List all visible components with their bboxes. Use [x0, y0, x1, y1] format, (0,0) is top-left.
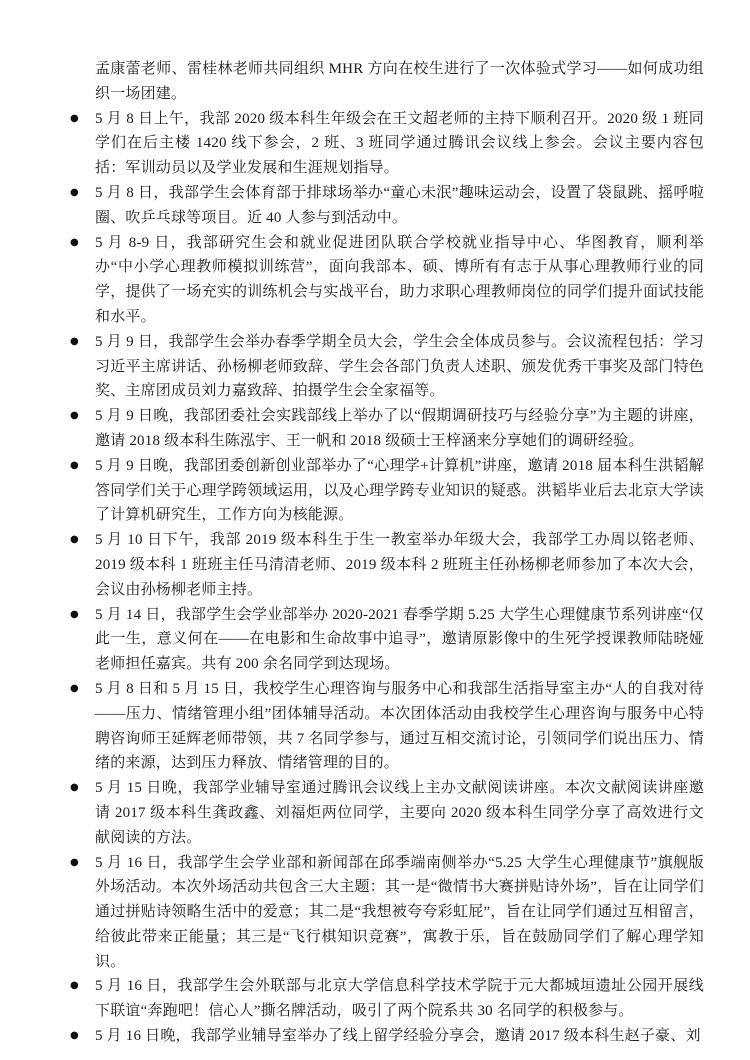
bullet-icon: ●: [70, 1024, 90, 1049]
continuation-paragraph: 孟康蕾老师、雷桂林老师共同组织 MHR 方向在校生进行了一次体验式学习——如何成…: [95, 57, 704, 107]
bullet-icon: ●: [70, 677, 90, 702]
list-item: ● 5 月 8-9 日，我部研究生会和就业促进团队联合学校就业指导中心、华图教育…: [95, 231, 704, 330]
bullet-icon: ●: [70, 851, 90, 876]
list-item-text: 5 月 8 日上午，我部 2020 级本科生年级会在王文超老师的主持下顺利召开。…: [95, 111, 704, 177]
list-item-text: 5 月 9 日晚，我部团委社会实践部线上举办了以“假期调研技巧与经验分享”为主题…: [95, 408, 704, 449]
bullet-icon: ●: [70, 974, 90, 999]
list-item: ● 5 月 9 日晚，我部团委创新创业部举办了“心理学+计算机”讲座，邀请 20…: [95, 454, 704, 528]
list-item: ● 5 月 16 日，我部学生会学业部和新闻部在邱季端南侧举办“5.25 大学生…: [95, 851, 704, 975]
document-content: 孟康蕾老师、雷桂林老师共同组织 MHR 方向在校生进行了一次体验式学习——如何成…: [95, 57, 704, 1049]
list-item-text: 5 月 8 日和 5 月 15 日，我校学生心理咨询与服务中心和我部生活指导室主…: [95, 681, 704, 771]
list-item-text: 5 月 9 日，我部学生会举办春季学期全员大会，学生会全体成员参与。会议流程包括…: [95, 334, 704, 400]
list-item-text: 5 月 8-9 日，我部研究生会和就业促进团队联合学校就业指导中心、华图教育，顺…: [95, 235, 704, 325]
list-item-text: 5 月 16 日晚，我部学业辅导室举办了线上留学经验分享会，邀请 2017 级本…: [95, 1028, 701, 1044]
list-item-text: 5 月 16 日，我部学生会外联部与北京大学信息科学技术学院于元大都城垣遗址公园…: [95, 978, 704, 1019]
list-item: ● 5 月 9 日，我部学生会举办春季学期全员大会，学生会全体成员参与。会议流程…: [95, 330, 704, 404]
list-item: ● 5 月 8 日，我部学生会体育部于排球场举办“童心未泯”趣味运动会，设置了袋…: [95, 181, 704, 231]
list-item: ● 5 月 15 日晚，我部学业辅导室通过腾讯会议线上主办文献阅读讲座。本次文献…: [95, 776, 704, 850]
list-item-text: 5 月 14 日，我部学生会学业部举办 2020-2021 春季学期 5.25 …: [95, 607, 704, 673]
bullet-icon: ●: [70, 528, 90, 553]
list-item: ● 5 月 16 日晚，我部学业辅导室举办了线上留学经验分享会，邀请 2017 …: [95, 1024, 704, 1049]
list-item-text: 5 月 8 日，我部学生会体育部于排球场举办“童心未泯”趣味运动会，设置了袋鼠跳…: [95, 185, 704, 226]
list-item: ● 5 月 8 日上午，我部 2020 级本科生年级会在王文超老师的主持下顺利召…: [95, 107, 704, 181]
bullet-icon: ●: [70, 231, 90, 256]
list-item: ● 5 月 14 日，我部学生会学业部举办 2020-2021 春季学期 5.2…: [95, 603, 704, 677]
list-item-text: 5 月 10 日下午，我部 2019 级本科生于生一教室举办年级大会，我部学工办…: [95, 532, 704, 598]
bullet-icon: ●: [70, 330, 90, 355]
list-item-text: 5 月 9 日晚，我部团委创新创业部举办了“心理学+计算机”讲座，邀请 2018…: [95, 458, 704, 524]
bullet-icon: ●: [70, 181, 90, 206]
list-item: ● 5 月 16 日，我部学生会外联部与北京大学信息科学技术学院于元大都城垣遗址…: [95, 974, 704, 1024]
bullet-list: ● 5 月 8 日上午，我部 2020 级本科生年级会在王文超老师的主持下顺利召…: [95, 107, 704, 1049]
bullet-icon: ●: [70, 603, 90, 628]
bullet-icon: ●: [70, 404, 90, 429]
list-item: ● 5 月 8 日和 5 月 15 日，我校学生心理咨询与服务中心和我部生活指导…: [95, 677, 704, 776]
list-item-text: 5 月 16 日，我部学生会学业部和新闻部在邱季端南侧举办“5.25 大学生心理…: [95, 855, 704, 970]
bullet-icon: ●: [70, 107, 90, 132]
bullet-icon: ●: [70, 776, 90, 801]
document-page: 孟康蕾老师、雷桂林老师共同组织 MHR 方向在校生进行了一次体验式学习——如何成…: [0, 0, 750, 1060]
list-item: ● 5 月 10 日下午，我部 2019 级本科生于生一教室举办年级大会，我部学…: [95, 528, 704, 602]
bullet-icon: ●: [70, 454, 90, 479]
list-item-text: 5 月 15 日晚，我部学业辅导室通过腾讯会议线上主办文献阅读讲座。本次文献阅读…: [95, 780, 704, 846]
list-item: ● 5 月 9 日晚，我部团委社会实践部线上举办了以“假期调研技巧与经验分享”为…: [95, 404, 704, 454]
